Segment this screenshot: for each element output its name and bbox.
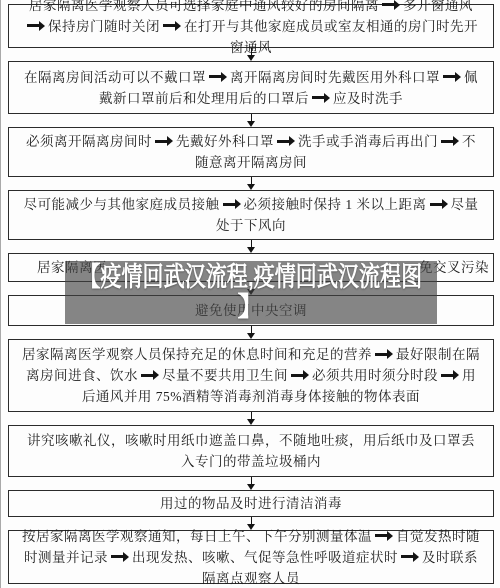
flow-step-8: 讲究咳嗽礼仪，咳嗽时用纸巾遮盖口鼻，不随地吐痰，用后纸巾及口罩丢入专门的带盖垃圾…	[8, 425, 494, 477]
right-arrow-icon	[111, 555, 123, 558]
flow-step-5-text-left: 居家隔离医	[9, 257, 107, 278]
down-arrow-icon	[245, 48, 258, 61]
right-arrow-icon	[401, 555, 413, 558]
right-arrow-icon	[163, 24, 175, 27]
flow-step-10-text: 按居家隔离医学观察通知，每日上午、下午分别测量体温自觉发热时随时测量并记录出现发…	[9, 525, 493, 588]
flowchart-page: 居家隔离医学观察人员可选择家庭中通风较好的房间隔离多开窗通风保持房门随时关闭在打…	[0, 0, 500, 588]
right-arrow-icon	[382, 3, 394, 6]
right-arrow-icon	[375, 534, 387, 537]
right-arrow-icon	[277, 140, 289, 143]
right-arrow-icon	[291, 374, 303, 377]
down-arrow-icon	[245, 240, 258, 253]
down-arrow-icon	[245, 477, 258, 490]
right-arrow-icon	[141, 374, 153, 377]
flow-step-9-text: 用过的物品及时进行清洁消毒	[148, 492, 354, 515]
flow-step-3: 必须离开隔离房间时先戴好外科口罩洗手或手消毒后再出门不随意离开隔离房间	[8, 127, 494, 177]
flow-step-7-text: 居家隔离医学观察人员保持充足的休息时间和充足的营养最好限制在隔离房间进食、饮水尽…	[9, 343, 493, 408]
flow-step-1: 居家隔离医学观察人员可选择家庭中通风较好的房间隔离多开窗通风保持房门随时关闭在打…	[8, 4, 494, 48]
down-arrow-icon	[245, 326, 258, 339]
flow-step-5: 居家隔离医 免交叉污染	[8, 253, 494, 282]
flow-step-3-text: 必须离开隔离房间时先戴好外科口罩洗手或手消毒后再出门不随意离开隔离房间	[9, 130, 493, 174]
down-arrow-icon	[245, 114, 258, 127]
right-arrow-icon	[155, 140, 167, 143]
flow-step-6: 避免使用中央空调	[8, 295, 494, 326]
flow-step-4: 尽可能减少与其他家庭成员接触必须接触时保持 1 米以上距离尽量处于下风向	[8, 190, 494, 240]
flow-step-5-text-right: 免交叉污染	[419, 257, 493, 278]
down-arrow-icon	[245, 177, 258, 190]
flow-step-8-text: 讲究咳嗽礼仪，咳嗽时用纸巾遮盖口鼻，不随地吐痰，用后纸巾及口罩丢入专门的带盖垃圾…	[9, 429, 493, 473]
right-arrow-icon	[441, 374, 453, 377]
right-arrow-icon	[443, 75, 455, 78]
right-arrow-icon	[375, 353, 387, 356]
right-arrow-icon	[223, 203, 235, 206]
flow-step-2-text: 在隔离房间活动可以不戴口罩离开隔离房间时先戴医用外科口罩佩戴新口罩前后和处理用后…	[9, 66, 493, 110]
right-arrow-icon	[312, 96, 324, 99]
down-arrow-icon	[245, 517, 258, 530]
flow-step-7: 居家隔离医学观察人员保持充足的休息时间和充足的营养最好限制在隔离房间进食、饮水尽…	[8, 339, 494, 412]
flow-step-10: 按居家隔离医学观察通知，每日上午、下午分别测量体温自觉发热时随时测量并记录出现发…	[8, 530, 494, 584]
flowchart: 居家隔离医学观察人员可选择家庭中通风较好的房间隔离多开窗通风保持房门随时关闭在打…	[1, 4, 500, 584]
right-arrow-icon	[27, 24, 39, 27]
down-arrow-icon	[245, 412, 258, 425]
right-arrow-icon	[430, 203, 442, 206]
right-arrow-icon	[441, 140, 453, 143]
flow-step-4-text: 尽可能减少与其他家庭成员接触必须接触时保持 1 米以上距离尽量处于下风向	[9, 193, 493, 237]
right-arrow-icon	[209, 75, 221, 78]
flow-step-9: 用过的物品及时进行清洁消毒	[8, 490, 494, 517]
flow-step-2: 在隔离房间活动可以不戴口罩离开隔离房间时先戴医用外科口罩佩戴新口罩前后和处理用后…	[8, 61, 494, 114]
flow-step-6-text: 避免使用中央空调	[183, 299, 319, 322]
down-arrow-icon	[245, 282, 258, 295]
